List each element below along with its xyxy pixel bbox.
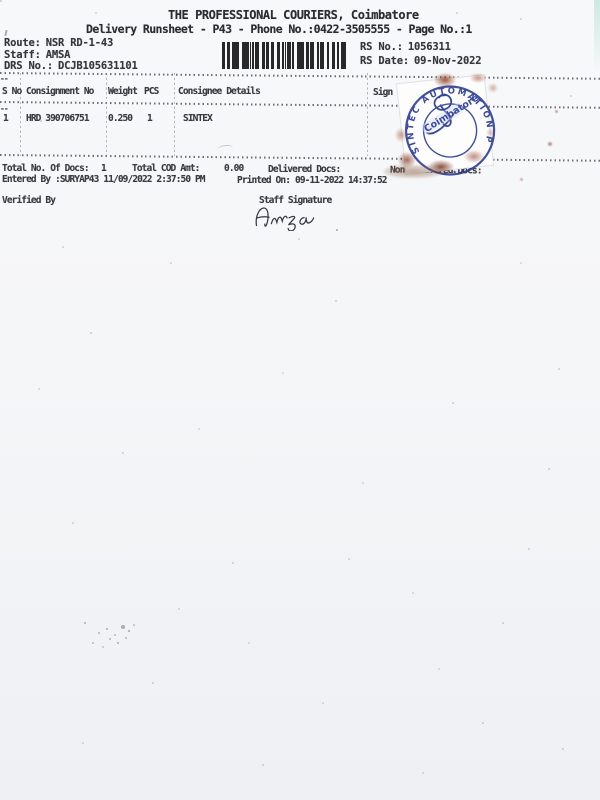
rust-stain [470,73,486,83]
printed-on-value: 09-11-2022 14:37:52 [295,175,387,186]
rust-speck [555,110,558,113]
cell-consignee-details: SINTEX [183,113,212,124]
staff-signature-handwriting [248,201,322,231]
rs-no-value: 1056311 [408,41,451,53]
entered-by-line: Entered By :SURYAP4311/09/2022 2:37:50 P… [2,174,205,185]
scan-edge-tint [594,0,600,72]
rust-stain [434,73,456,87]
column-separator [106,73,107,156]
faint-smudge [84,622,86,624]
total-docs-label: Total No. Of Docs: [2,163,89,174]
rs-date-label: RS Date: [360,55,409,67]
rust-speck [520,178,523,181]
total-docs-value: 1 [101,163,106,174]
rust-stain [464,150,484,163]
rs-no-line: RS No.:1056311 [360,41,451,53]
header-sign: Sign [373,87,392,98]
drs-value: DCJB105631101 [58,60,138,72]
rust-stain [486,128,495,137]
route-value: NSR RD-1-43 [46,37,113,49]
rule-wrap-mark: -- [0,74,8,83]
cell-consignment-no: HRD 390706751 [26,113,89,124]
column-separator [367,73,368,156]
rust-speck [548,142,552,146]
scan-edge-mark [4,30,7,36]
printed-on-line: Printed On:09-11-2022 14:37:52 [237,175,387,186]
verified-by-label: Verified By [2,195,55,206]
route-line: Route:NSR RD-1-43 [4,37,113,49]
cell-pcs: 1 [147,113,152,124]
cell-s-no: 1 [3,113,8,124]
ink-smudge [384,165,442,178]
drs-line: DRS No.:DCJB105631101 [4,60,138,72]
total-cod-label: Total COD Amt: [132,163,199,174]
header-s-no: S No [2,86,21,97]
rule-wrap-mark-2: -- [0,104,8,113]
rs-date-line: RS Date:09-Nov-2022 [360,55,481,67]
pencil-mark [218,144,234,153]
scanned-runsheet-page: THE PROFESSIONAL COURIERS, Coimbatore De… [0,0,600,800]
header-consignee-details: Consignee Details [178,86,260,97]
entered-datetime: 11/09/2022 2:37:50 PM [103,174,204,185]
rust-stain [395,128,407,142]
route-label: Route: [4,37,41,49]
header-pcs: PCS [144,86,158,97]
page-title: THE PROFESSIONAL COURIERS, Coimbatore [168,8,419,22]
header-weight: Weight [108,86,137,97]
cell-weight: 0.250 [108,113,132,124]
delivered-docs-label: Delivered Docs: [268,164,340,175]
printed-on-label: Printed On: [237,175,290,186]
rs-date-value: 09-Nov-2022 [414,55,481,67]
column-separator [174,73,175,156]
entered-by-value: SURYAP43 [60,174,99,185]
entered-by-label: Entered By : [2,174,60,185]
page-subtitle: Delivery Runsheet - P43 - Phone No.:0422… [86,22,472,36]
rs-no-label: RS No.: [360,41,403,53]
header-consignment-no: Consignment No [26,86,93,97]
scan-specks [0,0,2,2]
total-cod-value: 0.00 [224,163,243,174]
drs-label: DRS No.: [4,60,53,72]
runsheet-barcode [222,42,346,69]
rust-stain [488,83,498,93]
